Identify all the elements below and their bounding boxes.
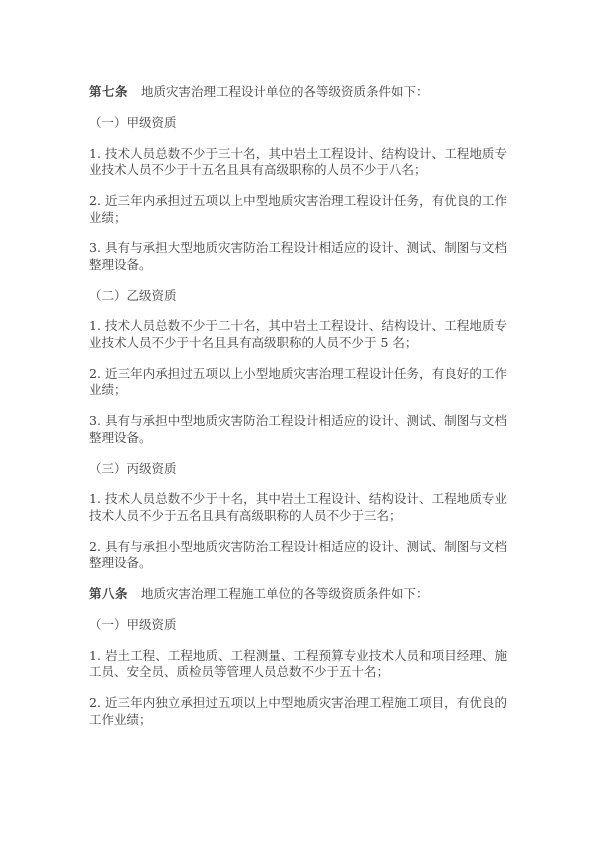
section-heading-jia: （一）甲级资质: [89, 617, 507, 634]
clause: 1. 技术人员总数不少于十名，其中岩土工程设计、结构设计、工程地质专业技术人员不…: [89, 491, 507, 524]
article-title: 地质灾害治理工程施工单位的各等级资质条件如下：: [141, 586, 429, 601]
article-number: 第七条: [89, 84, 128, 99]
article-8: 第八条地质灾害治理工程施工单位的各等级资质条件如下： （一）甲级资质 1. 岩土…: [89, 586, 507, 728]
section-heading-jia: （一）甲级资质: [89, 115, 507, 132]
clause: 1. 岩土工程、工程地质、工程测量、工程预算专业技术人员和项目经理、施工员、安全…: [89, 648, 507, 681]
clause: 2. 近三年内承担过五项以上小型地质灾害治理工程设计任务，有良好的工作业绩；: [89, 366, 507, 399]
clause: 2. 近三年内承担过五项以上中型地质灾害治理工程设计任务，有优良的工作业绩；: [89, 193, 507, 226]
article-heading: 第七条地质灾害治理工程设计单位的各等级资质条件如下：: [89, 84, 507, 101]
article-7: 第七条地质灾害治理工程设计单位的各等级资质条件如下： （一）甲级资质 1. 技术…: [89, 84, 507, 572]
clause: 3. 具有与承担大型地质灾害防治工程设计相适应的设计、测试、制图与文档整理设备。: [89, 240, 507, 273]
document-page: 第七条地质灾害治理工程设计单位的各等级资质条件如下： （一）甲级资质 1. 技术…: [0, 0, 595, 841]
section-heading-yi: （二）乙级资质: [89, 288, 507, 305]
article-number: 第八条: [89, 586, 128, 601]
clause: 2. 具有与承担小型地质灾害防治工程设计相适应的设计、测试、制图与文档整理设备。: [89, 539, 507, 572]
section-heading-bing: （三）丙级资质: [89, 461, 507, 478]
clause: 2. 近三年内独立承担过五项以上中型地质灾害治理工程施工项目，有优良的工作业绩；: [89, 695, 507, 728]
clause: 1. 技术人员总数不少于三十名，其中岩土工程设计、结构设计、工程地质专业技术人员…: [89, 146, 507, 179]
clause: 3. 具有与承担中型地质灾害防治工程设计相适应的设计、测试、制图与文档整理设备。: [89, 413, 507, 446]
article-title: 地质灾害治理工程设计单位的各等级资质条件如下：: [141, 84, 429, 99]
article-heading: 第八条地质灾害治理工程施工单位的各等级资质条件如下：: [89, 586, 507, 603]
clause: 1. 技术人员总数不少于二十名，其中岩土工程设计、结构设计、工程地质专业技术人员…: [89, 318, 507, 351]
